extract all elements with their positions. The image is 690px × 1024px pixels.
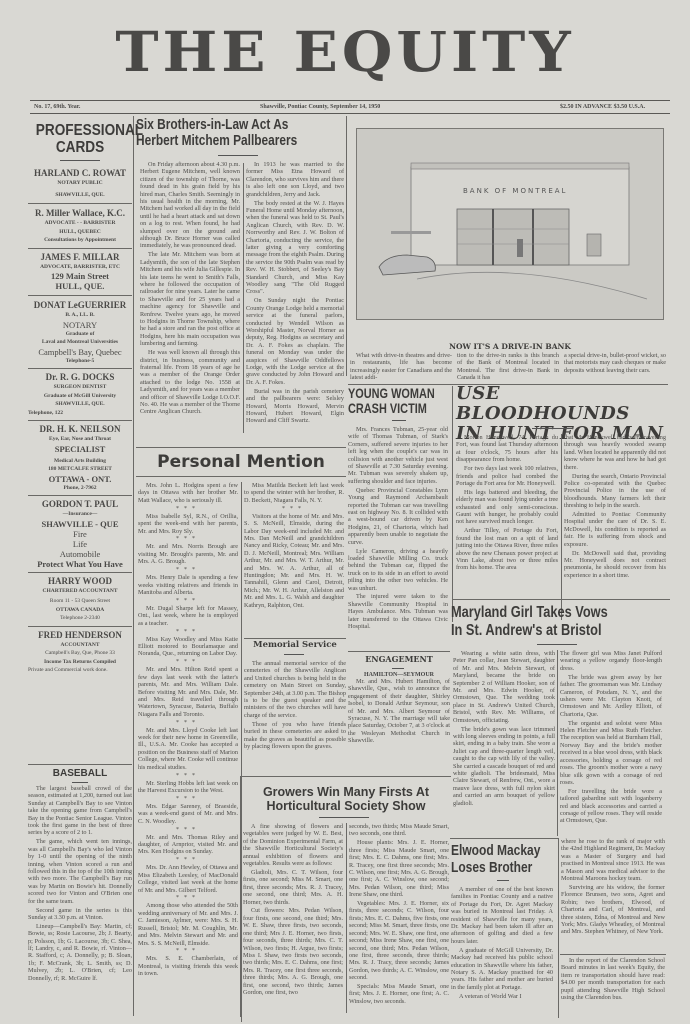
card-millar: JAMES F. MILLAR ADVOCATE, BARRISTER, ETC…	[28, 252, 132, 292]
mackay-headline: Elwood Mackay	[451, 842, 536, 859]
card-paul: GORDON T. PAUL —Insurance— SHAWVILLE - Q…	[28, 499, 132, 569]
personal-mention-headline: Personal Mention	[136, 452, 346, 472]
column-divider	[133, 116, 134, 1016]
masthead-rule-top	[30, 100, 670, 101]
correction-notice: In the report of the Clarendon School Bo…	[561, 957, 665, 1003]
card-wallace: R. Miller Wallace, K.C. ADVOCATE - - BAR…	[28, 208, 132, 245]
growers-headline: Growers Win Many Firsts At	[241, 785, 451, 799]
baseball-article: BASEBALL The largest baseball crowd of t…	[28, 768, 132, 984]
card-rowat: HARLAND C. ROWAT NOTARY PUBLIC SHAWVILLE…	[28, 168, 132, 199]
card-leguerrier: DONAT LeGUERRIER B. A., LL. B. NOTARY Gr…	[28, 300, 132, 365]
drive-in-bank-illustration: BANK OF MONTREAL	[356, 128, 664, 320]
bank-building-drawing	[357, 129, 663, 319]
card-neilson: DR. H. K. NEILSON Eye, Ear, Nose and Thr…	[28, 424, 132, 492]
bank-caption: NOW IT'S A DRIVE-IN BANK	[350, 342, 670, 351]
engagement-headline: ENGAGEMENT	[348, 654, 450, 664]
card-henderson: FRED HENDERSON ACCOUNTANT Campbell's Bay…	[28, 630, 132, 675]
engagement-notice: ENGAGEMENT HAMILTON—SEYMOUR Mr. and Mrs.…	[348, 654, 450, 746]
crash-article: YOUNG WOMAN CRASH VICTIM Mrs. Frances Tu…	[348, 386, 450, 416]
masthead: THE EQUITY No. 17, 69th. Year. Shawville…	[0, 0, 690, 118]
professional-cards: PROFESSIONAL CARDS HARLAND C. ROWAT NOTA…	[28, 122, 132, 675]
column-divider	[346, 116, 347, 376]
bank-sign: BANK OF MONTREAL	[463, 187, 567, 195]
crash-headline: YOUNG WOMAN	[348, 386, 428, 401]
memorial-service: Memorial Service The annual memorial ser…	[244, 640, 346, 650]
baseball-headline: BASEBALL	[28, 768, 132, 779]
newspaper-title: THE EQUITY	[0, 20, 690, 85]
cards-title: PROFESSIONAL	[36, 122, 124, 139]
mackay-article: Elwood Mackay Loses Brother A member of …	[451, 842, 557, 876]
memorial-headline: Memorial Service	[244, 640, 346, 650]
mackay-continued: where he rose to the rank of major with …	[561, 838, 665, 960]
bloodhounds-article: USE BLOODHOUNDS IN HUNT FOR MAN Morton H…	[456, 384, 670, 444]
issue-number: No. 17, 69th. Year.	[34, 104, 80, 110]
masthead-rule-bottom	[30, 113, 670, 114]
card-docks: Dr. R. G. DOCKS SURGEON DENTIST Graduate…	[28, 372, 132, 417]
mitchem-headline: Six Brothers-in-Law Act As	[136, 117, 307, 133]
bloodhounds-headline: USE BLOODHOUNDS	[456, 384, 670, 424]
cards-title: CARDS	[36, 139, 124, 156]
personal-mention: Personal Mention Mrs. John L. Hodgins sp…	[136, 452, 346, 472]
growers-article: Growers Win Many Firsts At Horticultural…	[240, 776, 451, 1017]
dateline: Shawville, Pontiac County, September 14,…	[260, 104, 380, 110]
wedding-article: Maryland Girl Takes Vows In St. Andrew's…	[451, 604, 671, 640]
wedding-headline: Maryland Girl Takes Vows	[451, 604, 627, 622]
card-wood: HARRY WOOD CHARTERED ACCOUNTANT Room 11 …	[28, 576, 132, 623]
subscription-price: $2.50 IN ADVANCE $3.50 U.S.A.	[560, 104, 645, 110]
mitchem-article: Six Brothers-in-Law Act As Herbert Mitch…	[136, 117, 344, 149]
